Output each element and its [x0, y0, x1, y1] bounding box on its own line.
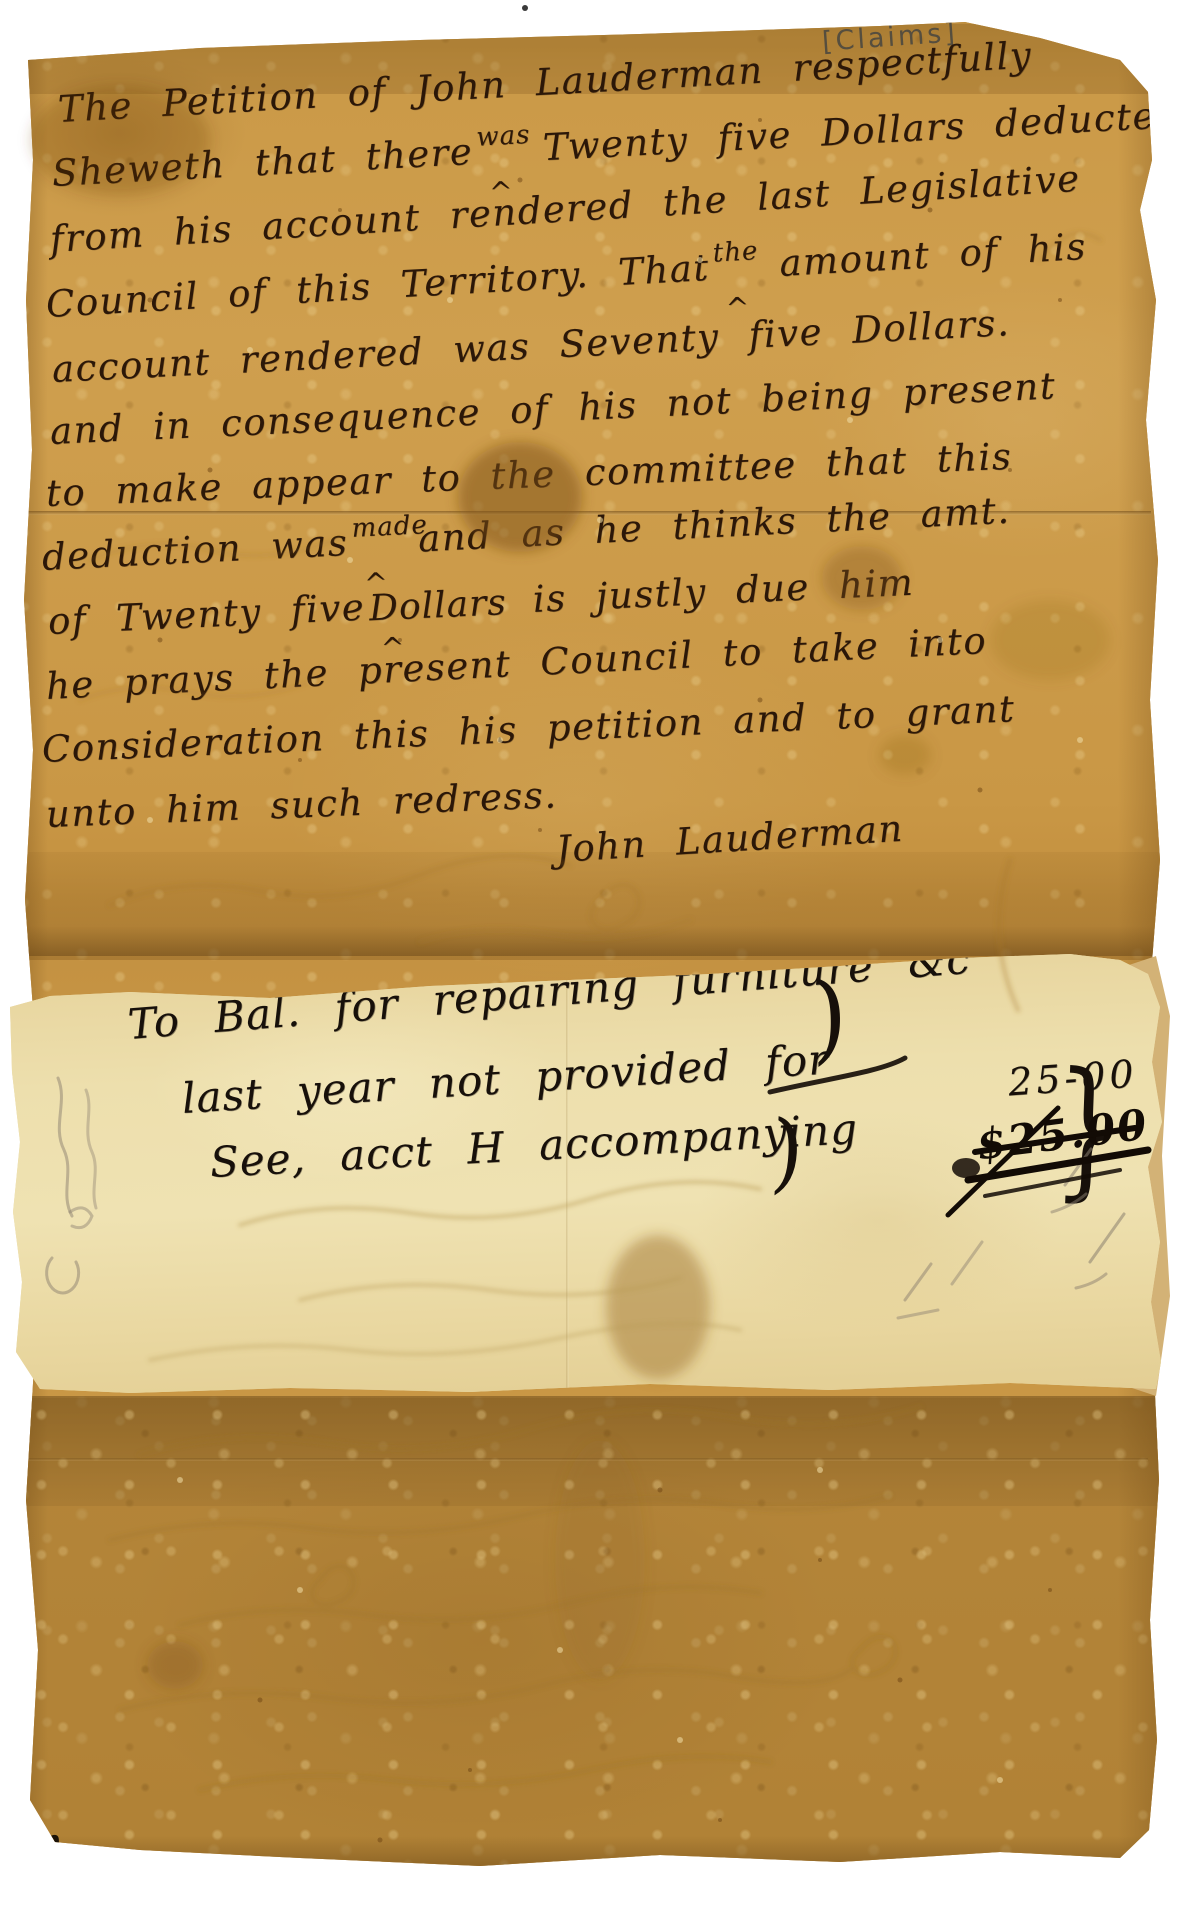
line-text: is justly due him [532, 561, 915, 621]
insertion: ^made [349, 551, 419, 555]
slip-shadow [15, 926, 1155, 956]
inserted-word: the [712, 236, 759, 268]
line-text: deduction was [41, 521, 349, 579]
insertion: ^was [474, 159, 544, 164]
inserted-word: was [476, 120, 532, 153]
line-text: and as he thinks the amt. [417, 489, 1011, 561]
account-slip: To Bal. for repairing furniture &c ) las… [10, 952, 1168, 1400]
petition-sheet: [Claims] The Petition of John Lauderman … [0, 0, 1200, 1908]
paper-edge-shade [22, 40, 48, 1850]
fold-crease [28, 1458, 1148, 1461]
insertion: ^the [710, 275, 780, 280]
line-text: Sheweth that there [51, 130, 474, 195]
paper-edge-shade [30, 1836, 1150, 1872]
line-text: Twenty five Dollars deducted [542, 93, 1182, 169]
signature: John Lauderman [555, 807, 905, 871]
crossed-out-amount: $25.00 [974, 1100, 1151, 1170]
paper-texture [22, 1398, 1162, 1868]
line-text: of Twenty five [47, 586, 366, 643]
petition-line: unto him such redress. [45, 773, 558, 836]
scanned-document-page: [Claims] The Petition of John Lauderman … [0, 0, 1200, 1908]
inserted-word: Dollars [368, 582, 507, 629]
slip-shadow [22, 1396, 1162, 1506]
speck [522, 5, 528, 11]
paper-edge-shade [1118, 30, 1162, 1850]
line-text: Council of this Territory. That [45, 246, 711, 326]
line-text: amount of his [778, 225, 1088, 285]
inserted-word: made [351, 510, 429, 544]
amount-value: 25-00 [1007, 1052, 1139, 1105]
corner-ink-mark: m [24, 1821, 65, 1865]
slip-line: See, acct H accompanying [209, 1104, 859, 1187]
insertion: ^Dollars [366, 611, 534, 620]
slip-fold-crease [566, 958, 569, 1390]
